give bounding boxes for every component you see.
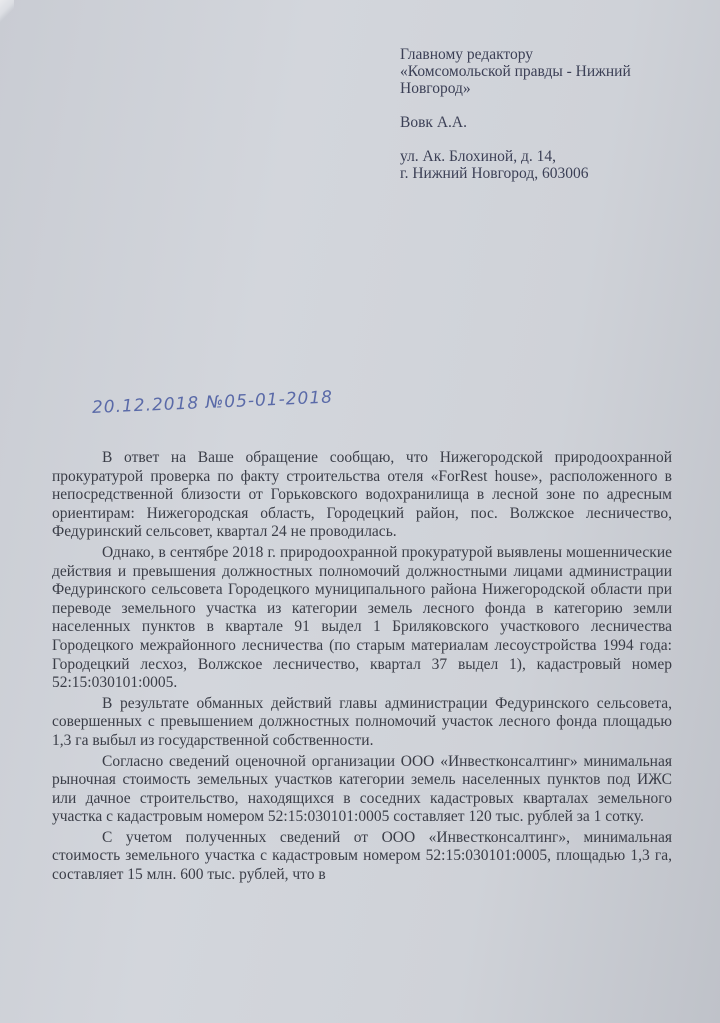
addressee-organization: «Комсомольской правды - Нижний Новгород» <box>400 63 700 97</box>
addressee-street: ул. Ак. Блохиной, д. 14, <box>400 148 700 165</box>
paragraph-4: Согласно сведений оценочной организации … <box>52 753 672 827</box>
paragraph-5: С учетом полученных сведений от ООО «Инв… <box>52 829 672 885</box>
addressee-block: Главному редактору «Комсомольской правды… <box>400 46 700 199</box>
paragraph-3: В результате обманных действий главы адм… <box>52 695 672 751</box>
handwritten-registration-note: 20.12.2018 №05-01-2018 <box>92 387 334 418</box>
paper-corner <box>0 0 14 24</box>
addressee-name: Вовк А.А. <box>400 114 700 131</box>
paragraph-2: Однако, в сентябре 2018 г. природоохранн… <box>52 544 672 693</box>
addressee-title: Главному редактору <box>400 46 700 63</box>
paragraph-1: В ответ на Ваше обращение сообщаю, что Н… <box>52 449 672 542</box>
letter-body: В ответ на Ваше обращение сообщаю, что Н… <box>52 449 672 887</box>
addressee-city: г. Нижний Новгород, 603006 <box>400 165 700 182</box>
